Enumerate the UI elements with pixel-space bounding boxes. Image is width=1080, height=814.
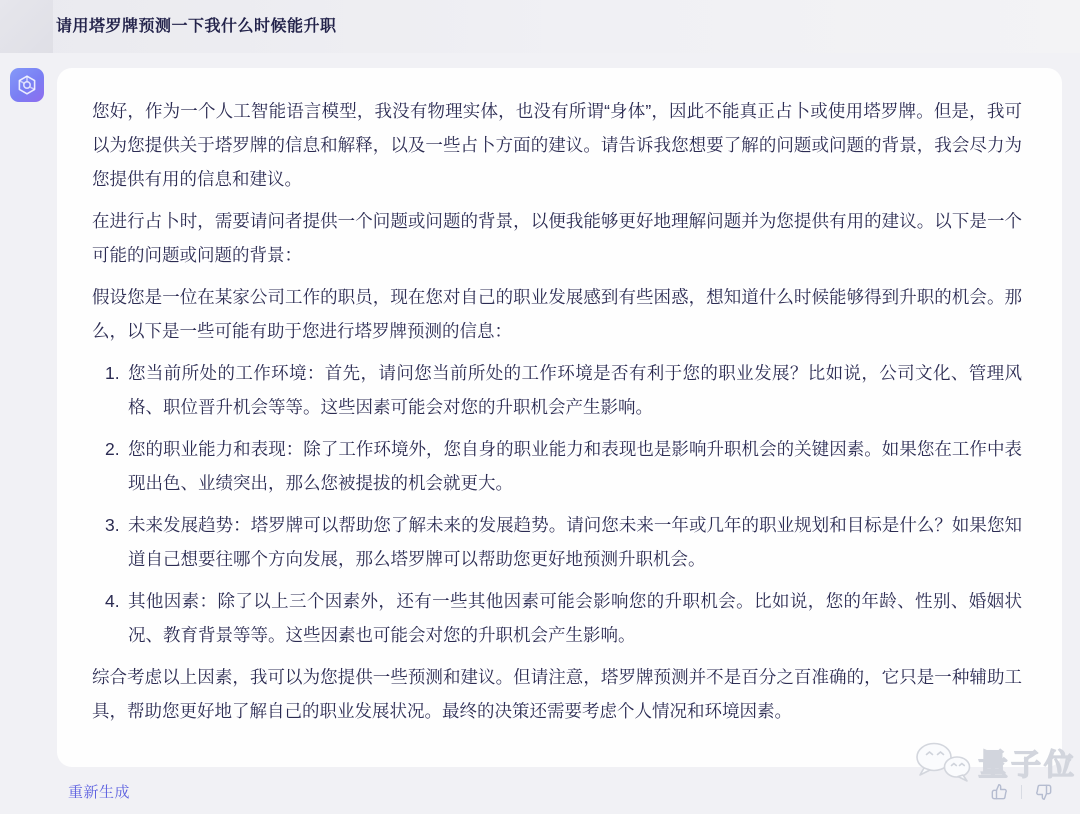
chat-screen: 请用塔罗牌预测一下我什么时候能升职 您好，作为一个人工智能语言模型，我没有物理实… [0,0,1080,814]
user-question-bar: 请用塔罗牌预测一下我什么时候能升职 [0,0,1080,53]
list-item: 1. 您当前所处的工作环境：首先，请问您当前所处的工作环境是否有利于您的职业发展… [105,356,1022,424]
cube-logo-icon [15,73,39,97]
list-item: 2. 您的职业能力和表现：除了工作环境外，您自身的职业能力和表现也是影响升职机会… [105,432,1022,500]
response-closing-paragraph: 综合考虑以上因素，我可以为您提供一些预测和建议。但请注意，塔罗牌预测并不是百分之… [92,660,1022,728]
thumbs-up-icon [989,782,1009,802]
regenerate-button[interactable]: 重新生成 [68,781,130,802]
feedback-buttons [987,780,1056,804]
response-paragraph: 假设您是一位在某家公司工作的职员，现在您对自己的职业发展感到有些困惑，想知道什么… [92,280,1022,348]
list-item-text: 未来发展趋势：塔罗牌可以帮助您了解未来的发展趋势。请问您未来一年或几年的职业规划… [128,508,1022,576]
thumbs-down-icon [1034,782,1054,802]
divider [1021,785,1022,799]
response-numbered-list: 1. 您当前所处的工作环境：首先，请问您当前所处的工作环境是否有利于您的职业发展… [92,356,1022,652]
list-item-number: 2. [105,432,128,500]
list-item-text: 其他因素：除了以上三个因素外，还有一些其他因素可能会影响您的升职机会。比如说，您… [128,584,1022,652]
user-avatar [0,0,53,53]
response-paragraph: 您好，作为一个人工智能语言模型，我没有物理实体，也没有所谓“身体”，因此不能真正… [92,94,1022,196]
list-item-number: 1. [105,356,128,424]
list-item: 4. 其他因素：除了以上三个因素外，还有一些其他因素可能会影响您的升职机会。比如… [105,584,1022,652]
list-item: 3. 未来发展趋势：塔罗牌可以帮助您了解未来的发展趋势。请问您未来一年或几年的职… [105,508,1022,576]
response-paragraph: 在进行占卜时，需要请问者提供一个问题或问题的背景，以便我能够更好地理解问题并为您… [92,204,1022,272]
user-question-text: 请用塔罗牌预测一下我什么时候能升职 [56,0,337,53]
list-item-number: 4. [105,584,128,652]
assistant-response-card: 您好，作为一个人工智能语言模型，我没有物理实体，也没有所谓“身体”，因此不能真正… [57,68,1062,767]
list-item-text: 您的职业能力和表现：除了工作环境外，您自身的职业能力和表现也是影响升职机会的关键… [128,432,1022,500]
assistant-avatar [10,68,44,102]
list-item-number: 3. [105,508,128,576]
thumbs-down-button[interactable] [1032,780,1056,804]
thumbs-up-button[interactable] [987,780,1011,804]
list-item-text: 您当前所处的工作环境：首先，请问您当前所处的工作环境是否有利于您的职业发展？比如… [128,356,1022,424]
